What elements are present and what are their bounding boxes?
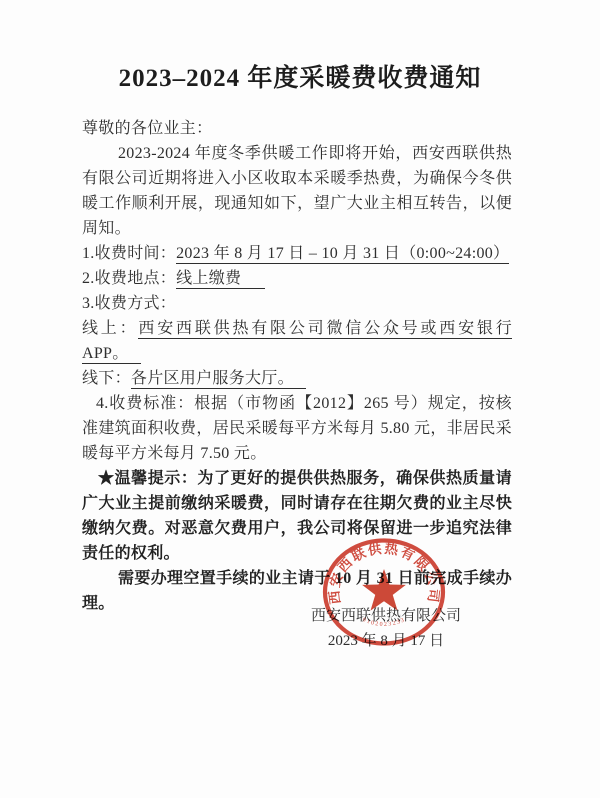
fee-item-offline: 线下：各片区用户服务大厅。 [82,366,512,391]
fee-item-time: 1.收费时间：2023 年 8 月 17 日 – 10 月 31 日（0:00~… [82,241,512,266]
fee-item-online-value: 西安西联供热有限公司微信公众号或西安银行 APP。 [82,320,512,364]
fee-item-time-value: 2023 年 8 月 17 日 – 10 月 31 日（0:00~24:00） [176,245,509,264]
intro-paragraph: 2023-2024 年度冬季供暖工作即将开始，西安西联供热有限公司近期将进入小区… [82,141,512,241]
fee-item-offline-value: 各片区用户服务大厅。 [131,370,306,389]
greeting: 尊敬的各位业主： [82,116,512,141]
fee-item-location: 2.收费地点：线上缴费 [82,266,512,291]
fee-item-method-label: 3.收费方式： [82,295,176,312]
fee-item-method: 3.收费方式： [82,291,512,316]
seal-code: 0102023233 [361,617,406,628]
fee-item-offline-label: 线下： [82,370,131,387]
fee-item-location-label: 2.收费地点： [82,270,176,287]
fee-item-online: 线上：西安西联供热有限公司微信公众号或西安银行 APP。 [82,316,512,366]
company-seal: 西安西联供热有限公司 0102023233 [318,535,450,651]
fee-item-online-label: 线上： [82,320,138,337]
fee-item-location-value: 线上缴费 [176,270,265,289]
seal-star-icon [362,569,406,611]
fee-item-time-label: 1.收费时间： [82,245,176,262]
document-title: 2023–2024 年度采暖费收费通知 [0,62,600,96]
fee-standard-paragraph: 4.收费标准：根据（市物函【2012】265 号）规定，按核准建筑面积收费，居民… [82,391,512,466]
document-page: 2023–2024 年度采暖费收费通知 尊敬的各位业主： 2023-2024 年… [0,0,600,798]
